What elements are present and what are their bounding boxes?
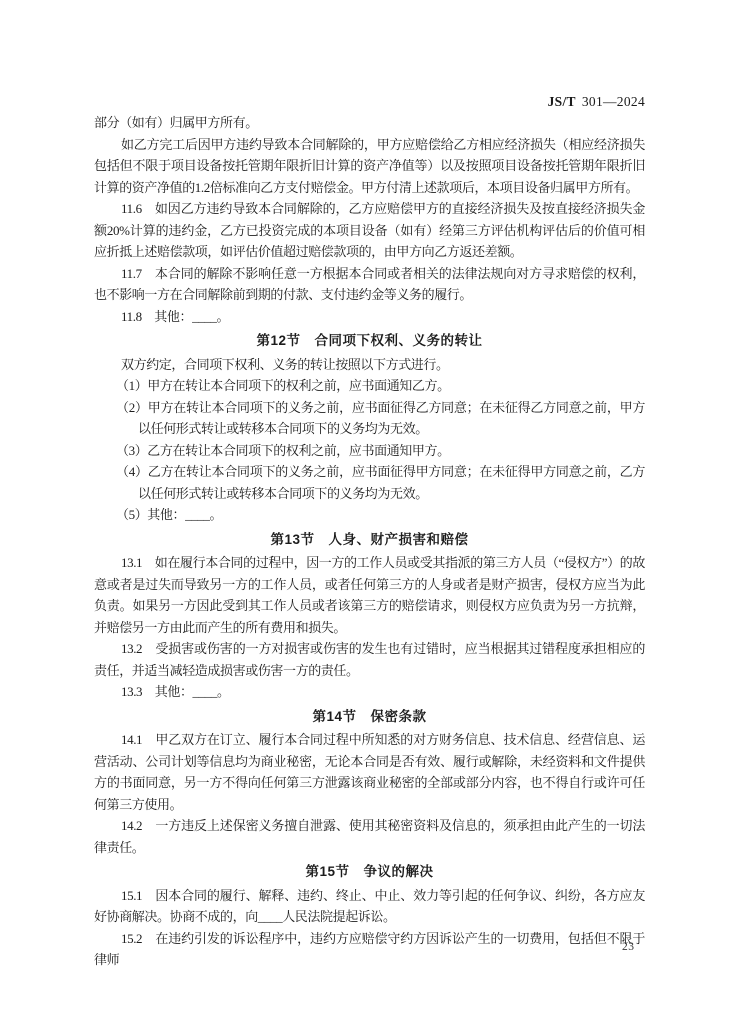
paragraph-continued: 部分（如有）归属甲方所有。	[94, 112, 645, 134]
clause-15-2-truncated: 15.2 在违约引发的诉讼程序中，违约方应赔偿守约方因诉讼产生的一切费用，包括但…	[94, 928, 645, 971]
list-item-1: （1）甲方在转让本合同项下的权利之前，应书面通知乙方。	[94, 375, 645, 397]
section-12-heading: 第12节 合同项下权利、义务的转让	[94, 330, 645, 352]
paragraph: 如乙方完工后因甲方违约导致本合同解除的，甲方应赔偿给乙方相应经济损失（相应经济损…	[94, 134, 645, 199]
clause-13-1: 13.1 如在履行本合同的过程中，因一方的工作人员或受其指派的第三方人员（“侵权…	[94, 552, 645, 638]
list-item-4: （4）乙方在转让本合同项下的义务之前，应书面征得甲方同意；在未征得甲方同意之前，…	[94, 461, 645, 504]
clause-14-2: 14.2 一方违反上述保密义务擅自泄露、使用其秘密资料及信息的，须承担由此产生的…	[94, 815, 645, 858]
list-item-5-blank: （5）其他：____。	[94, 504, 645, 526]
paragraph: 双方约定，合同项下权利、义务的转让按照以下方式进行。	[94, 354, 645, 376]
section-13-heading: 第13节 人身、财产损害和赔偿	[94, 529, 645, 551]
clause-11-8-blank: 11.8 其他：____。	[94, 306, 645, 328]
clause-13-2: 13.2 受损害或伤害的一方对损害或伤害的发生也有过错时，应当根据其过错程度承担…	[94, 638, 645, 681]
clause-14-1: 14.1 甲乙双方在订立、履行本合同过程中所知悉的对方财务信息、技术信息、经营信…	[94, 729, 645, 815]
list-item-3: （3）乙方在转让本合同项下的权利之前，应书面通知甲方。	[94, 440, 645, 462]
document-page: JS/T301—2024 部分（如有）归属甲方所有。 如乙方完工后因甲方违约导致…	[0, 0, 730, 1024]
list-item-2: （2）甲方在转让本合同项下的义务之前，应书面征得乙方同意；在未征得乙方同意之前，…	[94, 397, 645, 440]
standard-year-number: 301—2024	[582, 94, 645, 109]
clause-13-3-blank: 13.3 其他：____。	[94, 681, 645, 703]
section-14-heading: 第14节 保密条款	[94, 706, 645, 728]
standard-code: JS/T	[548, 94, 576, 109]
section-15-heading: 第15节 争议的解决	[94, 861, 645, 883]
clause-15-1: 15.1 因本合同的履行、解释、违约、终止、中止、效力等引起的任何争议、纠纷，各…	[94, 885, 645, 928]
standard-number-header: JS/T301—2024	[548, 94, 645, 110]
document-body: 部分（如有）归属甲方所有。 如乙方完工后因甲方违约导致本合同解除的，甲方应赔偿给…	[94, 112, 645, 971]
page-number: 23	[622, 941, 635, 953]
clause-11-6: 11.6 如因乙方违约导致本合同解除的，乙方应赔偿甲方的直接经济损失及按直接经济…	[94, 198, 645, 263]
clause-11-7: 11.7 本合同的解除不影响任意一方根据本合同或者相关的法律法规向对方寻求赔偿的…	[94, 263, 645, 306]
